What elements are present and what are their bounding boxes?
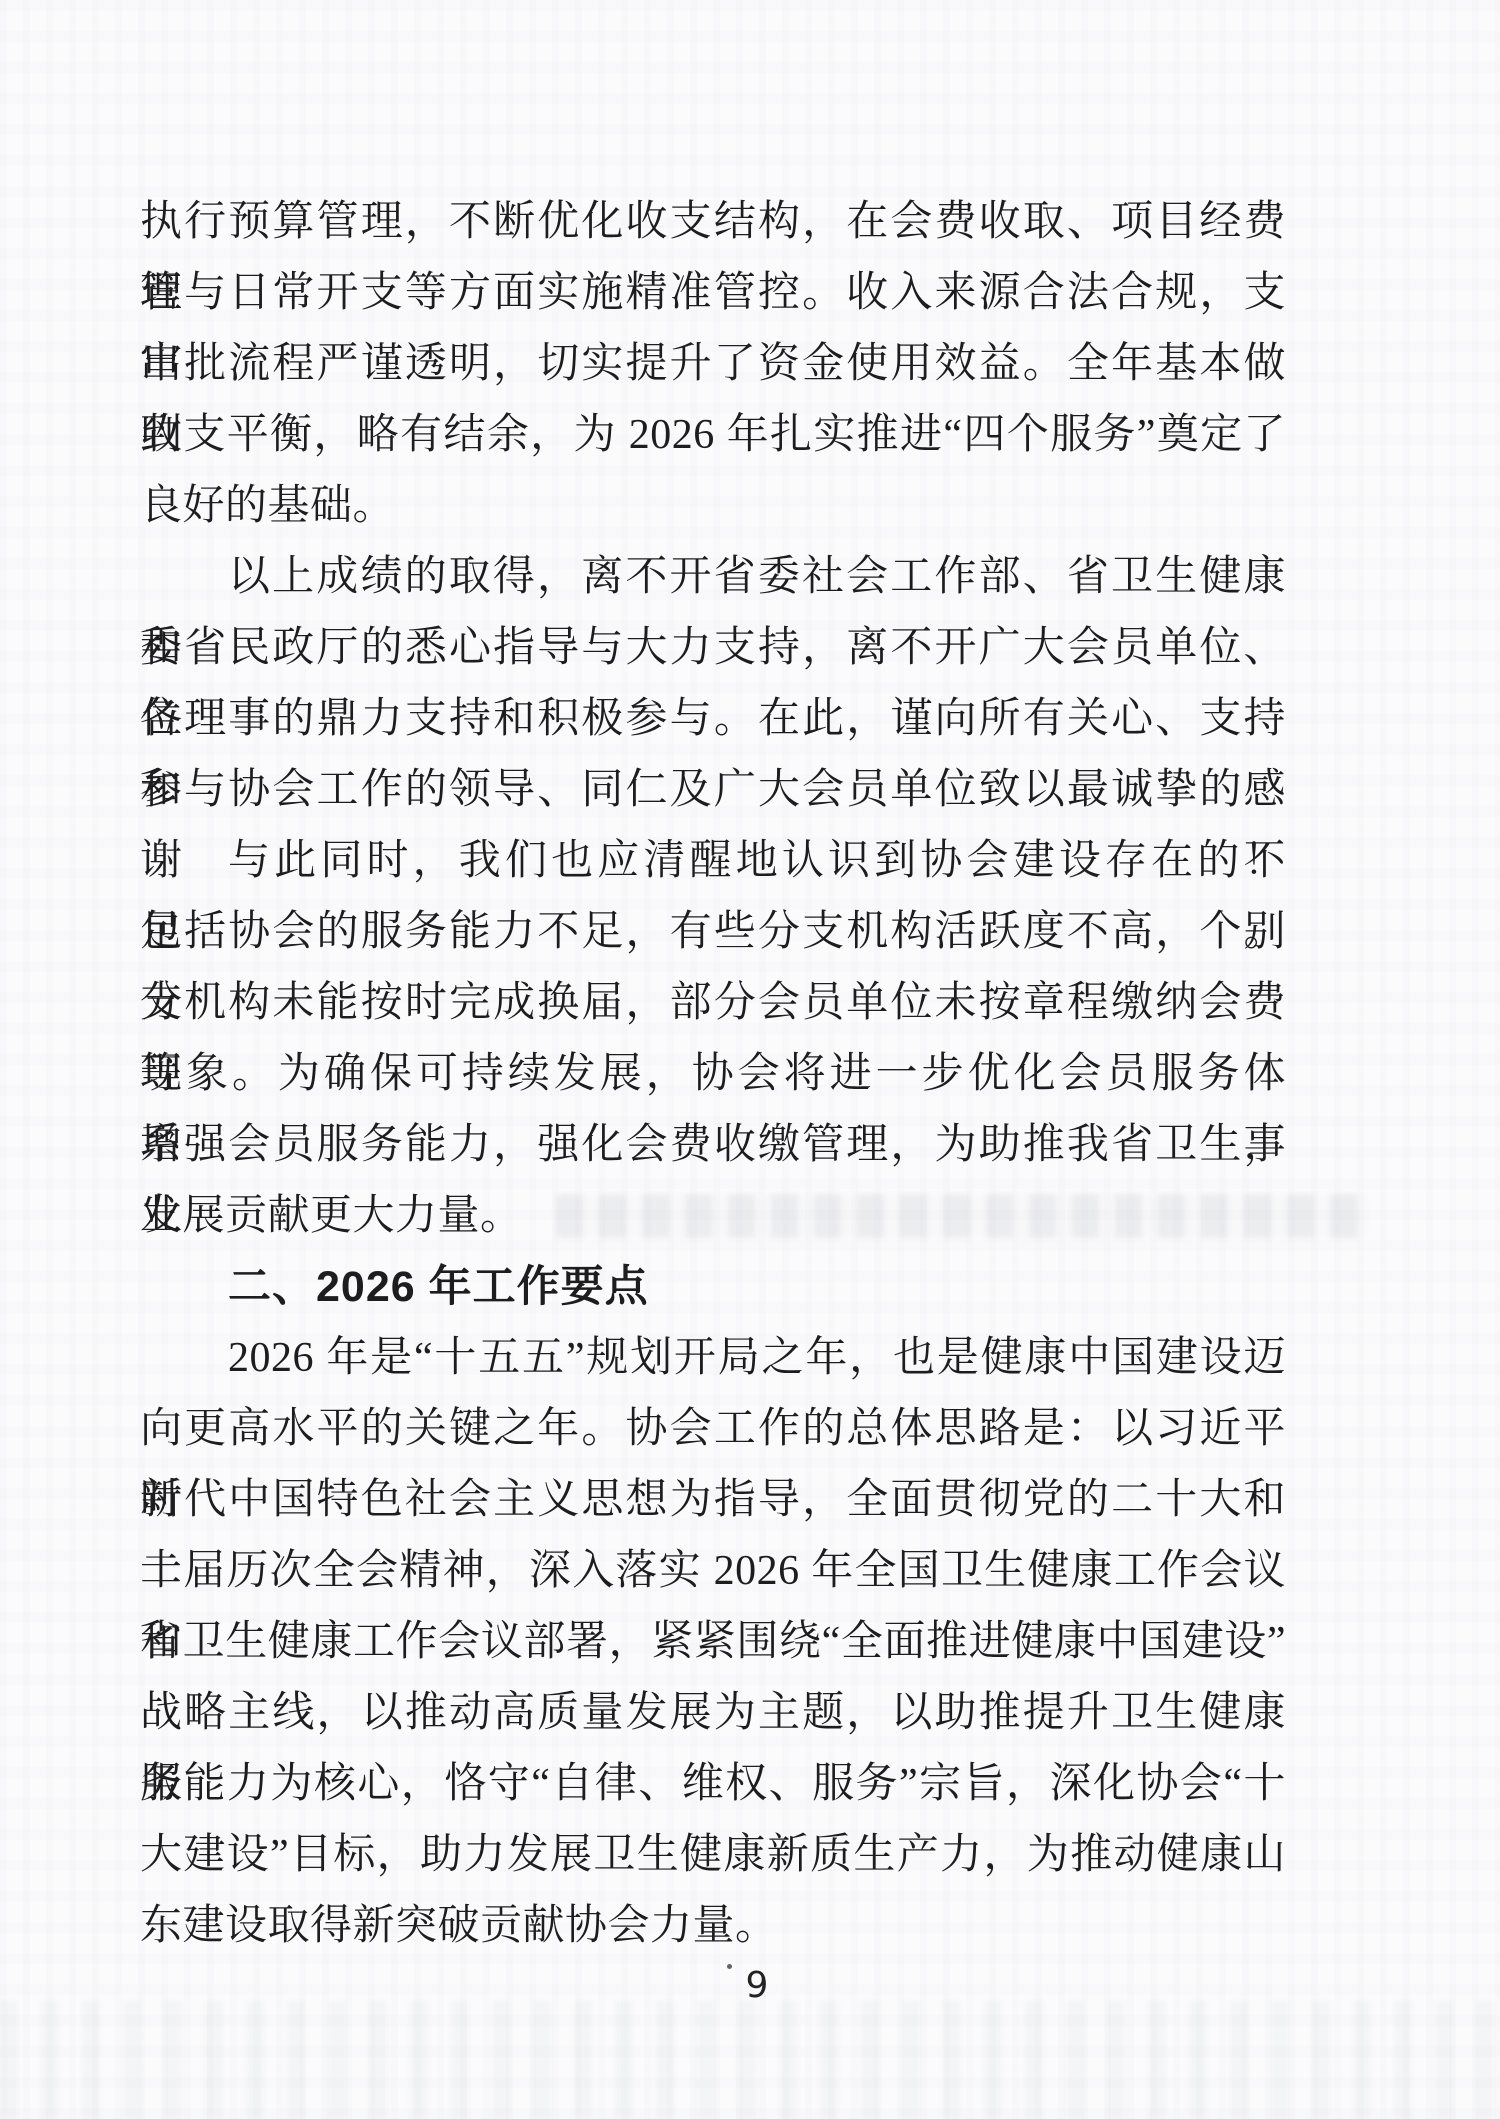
text-line: 执行预算管理，不断优化收支结构，在会费收取、项目经费管 [140, 187, 1286, 258]
text-line: 向更高水平的关键之年。协会工作的总体思路是：以习近平新 [140, 1394, 1286, 1465]
text-line: 大建设”目标，助力发展卫生健康新质生产力，为推动健康山 [140, 1820, 1286, 1891]
text-line: 增强会员服务能力，强化会费收缴管理，为助推我省卫生事业 [140, 1110, 1286, 1181]
text-line-paragraph-end: 良好的基础。 [140, 471, 1286, 542]
text-line: 务能力为核心，恪守“自律、维权、服务”宗旨，深化协会“十 [140, 1749, 1286, 1820]
text-line: 收支平衡，略有结余，为 2026 年扎实推进“四个服务”奠定了 [140, 400, 1286, 471]
text-line: 包括协会的服务能力不足，有些分支机构活跃度不高，个别分 [140, 897, 1286, 968]
text-line: 位理事的鼎力支持和积极参与。在此，谨向所有关心、支持和 [140, 684, 1286, 755]
text-line: 理与日常开支等方面实施精准管控。收入来源合法合规，支出 [140, 258, 1286, 329]
page-number: 9 [0, 1966, 1500, 2006]
text-line: 战略主线，以推动高质量发展为主题，以助推提升卫生健康服 [140, 1678, 1286, 1749]
text-line-paragraph-start: 以上成绩的取得，离不开省委社会工作部、省卫生健康委 [140, 542, 1286, 613]
scan-noise-artifact [0, 2000, 1500, 2119]
text-line-paragraph-end: 参与协会工作的领导、同仁及广大会员单位致以最诚挚的感谢！ [140, 755, 1286, 826]
text-line: 时代中国特色社会主义思想为指导，全面贯彻党的二十大和二 [140, 1465, 1286, 1536]
text-line-paragraph-end: 东建设取得新突破贡献协会力量。 [140, 1891, 1286, 1962]
text-line-paragraph-start: 2026 年是“十五五”规划开局之年，也是健康中国建设迈 [140, 1323, 1286, 1394]
text-line: 十届历次全会精神，深入落实 2026 年全国卫生健康工作会议和 [140, 1536, 1286, 1607]
document-page: 执行预算管理，不断优化收支结构，在会费收取、项目经费管 理与日常开支等方面实施精… [0, 0, 1500, 2119]
text-line: 现象。为确保可持续发展，协会将进一步优化会员服务体系， [140, 1039, 1286, 1110]
text-line: 审批流程严谨透明，切实提升了资金使用效益。全年基本做到 [140, 329, 1286, 400]
text-line: 省卫生健康工作会议部署，紧紧围绕“全面推进健康中国建设” [140, 1607, 1286, 1678]
text-line: 支机构未能按时完成换届，部分会员单位未按章程缴纳会费等 [140, 968, 1286, 1039]
text-line-paragraph-start: 与此同时，我们也应清醒地认识到协会建设存在的不足。 [140, 826, 1286, 897]
ink-bleed-artifact [556, 1194, 1368, 1238]
text-block: 执行预算管理，不断优化收支结构，在会费收取、项目经费管 理与日常开支等方面实施精… [140, 187, 1286, 1962]
section-heading: 二、2026 年工作要点 [140, 1252, 1286, 1323]
text-line: 和省民政厅的悉心指导与大力支持，离不开广大会员单位、各 [140, 613, 1286, 684]
